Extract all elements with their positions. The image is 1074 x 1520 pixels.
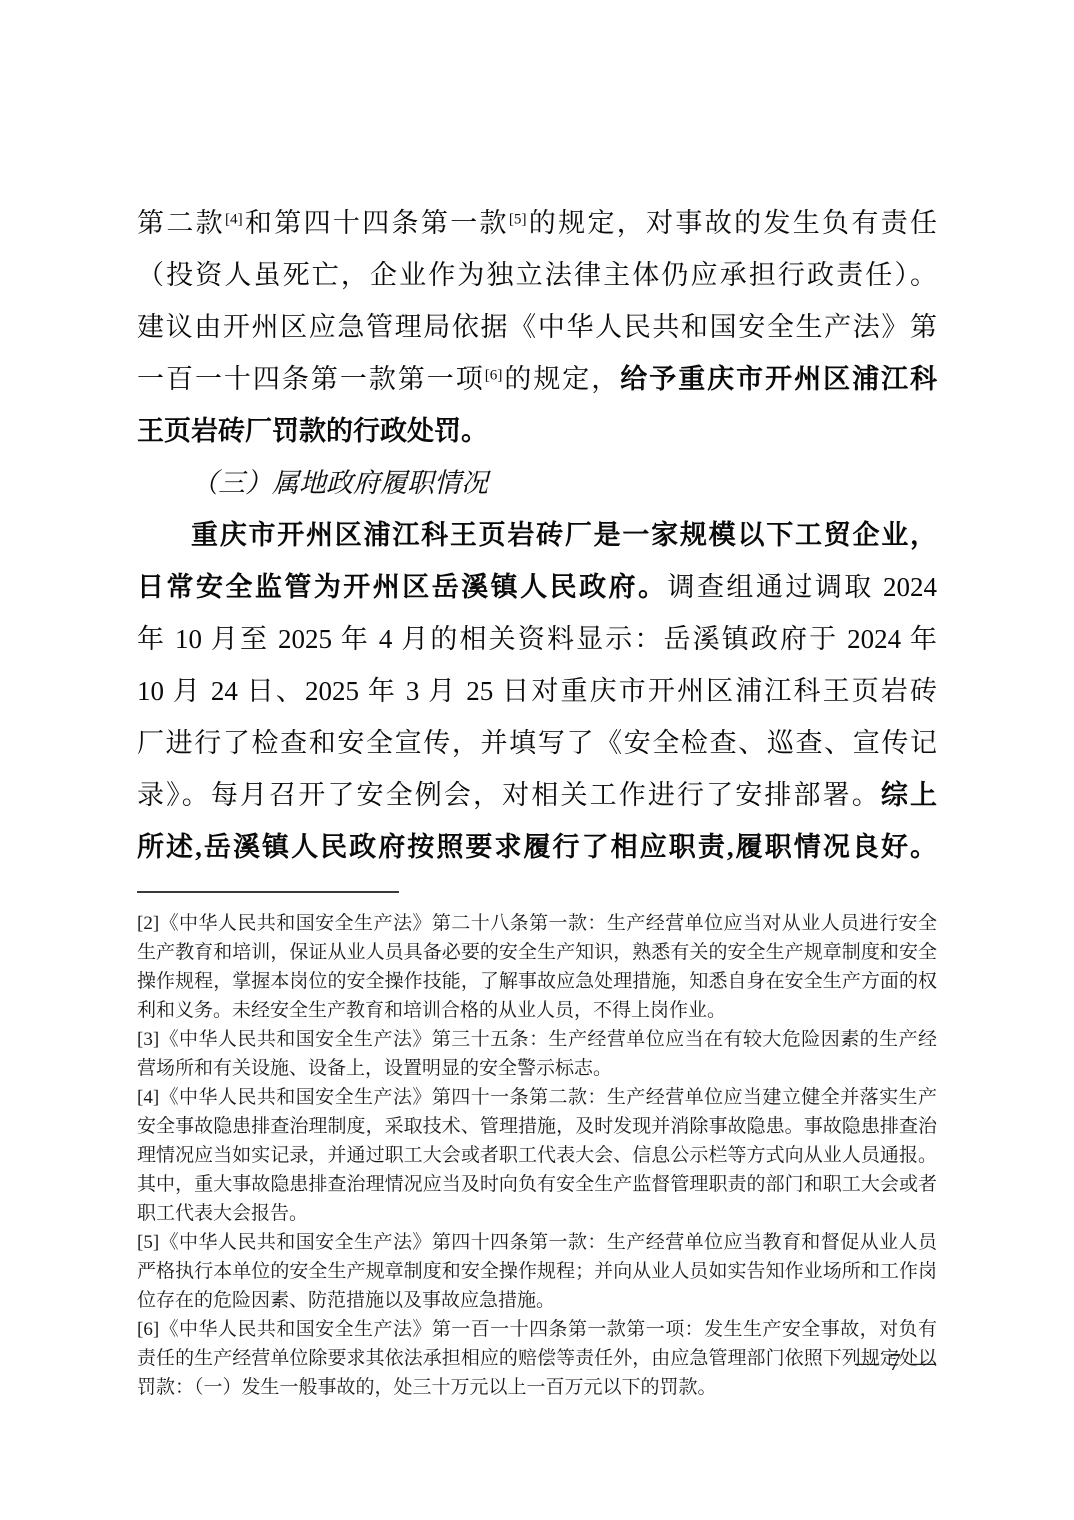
emphasis-text: 重庆市开州区浦江科王页岩砖厂是一家规模以下工贸企业，	[191, 520, 937, 550]
text-line: 所述,岳溪镇人民政府按照要求履行了相应职责,履职情况良好。	[137, 821, 937, 873]
body-text: 建议由开州区应急管理局依据《中华人民共和国安全生产法》第	[137, 312, 937, 342]
body-text: （投资人虽死亡，企业作为独立法律主体仍应承担行政责任）。	[137, 260, 937, 290]
text-line: 第二款[4]和第四十四条第一款[5]的规定，对事故的发生负有责任	[137, 197, 937, 249]
main-text-section: 第二款[4]和第四十四条第一款[5]的规定，对事故的发生负有责任（投资人虽死亡，…	[137, 197, 937, 873]
emphasis-text: 日常安全监管为开州区岳溪镇人民政府。	[137, 572, 667, 602]
text-line: 录》。每月召开了安全例会，对相关工作进行了安排部署。综上	[137, 769, 937, 821]
footnote-item: [2]《中华人民共和国安全生产法》第二十八条第一款：生产经营单位应当对从业人员进…	[137, 909, 937, 1025]
emphasis-text: 给予重庆市开州区浦江科	[620, 364, 937, 394]
footnote-item: [5]《中华人民共和国安全生产法》第四十四条第一款：生产经营单位应当教育和督促从…	[137, 1228, 937, 1315]
page-number: — 7 —	[137, 1348, 937, 1378]
footnote-separator	[137, 891, 399, 893]
text-line: 日常安全监管为开州区岳溪镇人民政府。调查组通过调取 2024	[137, 561, 937, 613]
body-text: 厂进行了检查和安全宣传，并填写了《安全检查、巡查、宣传记	[137, 728, 937, 758]
text-line: 年 10 月至 2025 年 4 月的相关资料显示：岳溪镇政府于 2024 年	[137, 613, 937, 665]
body-text: 年 10 月至 2025 年 4 月的相关资料显示：岳溪镇政府于 2024 年	[137, 624, 937, 654]
body-text: 的规定，对事故的发生负有责任	[526, 208, 937, 238]
footnote-item: [4]《中华人民共和国安全生产法》第四十一条第二款：生产经营单位应当建立健全并落…	[137, 1083, 937, 1228]
text-line: 重庆市开州区浦江科王页岩砖厂是一家规模以下工贸企业，	[137, 509, 937, 561]
footnotes-section: [2]《中华人民共和国安全生产法》第二十八条第一款：生产经营单位应当对从业人员进…	[137, 909, 937, 1402]
text-line: 王页岩砖厂罚款的行政处罚。	[137, 405, 937, 457]
footnote-ref: [6]	[485, 368, 503, 384]
footnote-ref: [5]	[509, 212, 527, 228]
emphasis-text: 综上	[881, 780, 937, 810]
text-line: 厂进行了检查和安全宣传，并填写了《安全检查、巡查、宣传记	[137, 717, 937, 769]
document-page: 第二款[4]和第四十四条第一款[5]的规定，对事故的发生负有责任（投资人虽死亡，…	[0, 0, 1074, 1520]
text-line: 10 月 24 日、2025 年 3 月 25 日对重庆市开州区浦江科王页岩砖	[137, 665, 937, 717]
body-text: 一百一十四条第一款第一项	[137, 364, 485, 394]
text-line: 建议由开州区应急管理局依据《中华人民共和国安全生产法》第	[137, 301, 937, 353]
body-text: 调查组通过调取 2024	[667, 572, 937, 602]
footnote-item: [3]《中华人民共和国安全生产法》第三十五条：生产经营单位应当在有较大危险因素的…	[137, 1025, 937, 1083]
text-line: （三）属地政府履职情况	[137, 457, 937, 509]
body-text: 第二款	[137, 208, 225, 238]
text-line: （投资人虽死亡，企业作为独立法律主体仍应承担行政责任）。	[137, 249, 937, 301]
body-text: 10 月 24 日、2025 年 3 月 25 日对重庆市开州区浦江科王页岩砖	[137, 676, 937, 706]
emphasis-text: 所述,岳溪镇人民政府按照要求履行了相应职责,履职情况良好。	[137, 832, 937, 862]
footnote-ref: [4]	[225, 212, 243, 228]
section-heading-text: （三）属地政府履职情况	[191, 468, 488, 498]
body-text: 和第四十四条第一款	[243, 208, 509, 238]
emphasis-text: 王页岩砖厂罚款的行政处罚。	[137, 416, 488, 446]
body-text: 录》。每月召开了安全例会，对相关工作进行了安排部署。	[137, 780, 881, 810]
body-text: 的规定，	[502, 364, 620, 394]
text-line: 一百一十四条第一款第一项[6]的规定，给予重庆市开州区浦江科	[137, 353, 937, 405]
